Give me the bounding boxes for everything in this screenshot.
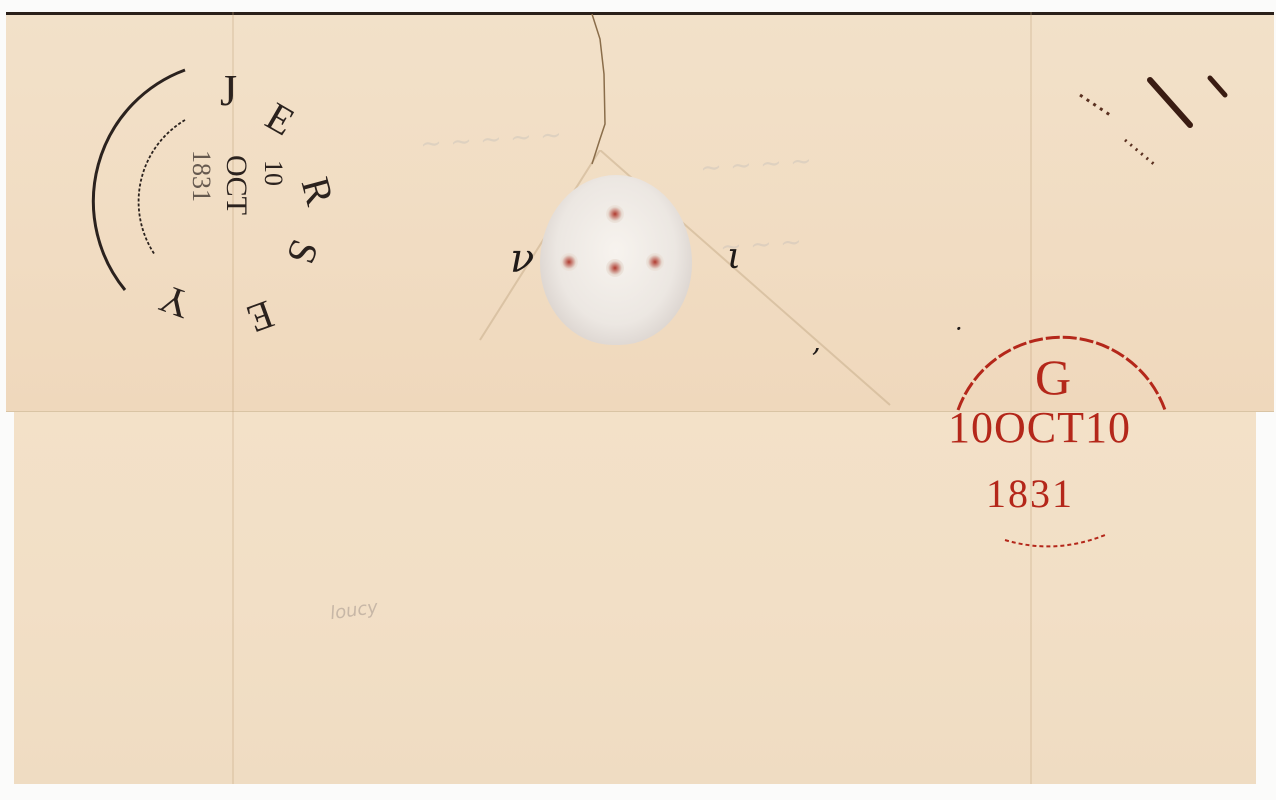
- postmark-letter: G: [1035, 348, 1071, 406]
- postmark-date: 10OCT10: [948, 402, 1131, 453]
- svg-text:E: E: [259, 93, 303, 144]
- svg-text:1831: 1831: [187, 150, 216, 202]
- paper-crack: [590, 14, 620, 184]
- jersey-postmark: J E R S E Y OCT 10 1831: [80, 55, 380, 345]
- svg-text:OCT: OCT: [220, 155, 253, 215]
- ink-dot: ,: [812, 325, 821, 358]
- seal-impression: [606, 259, 624, 277]
- manuscript-mark-left: ν: [510, 236, 534, 282]
- svg-text:S: S: [278, 234, 328, 270]
- svg-text:R: R: [293, 172, 343, 210]
- seal-impression: [646, 253, 664, 271]
- ink-strokes: [1070, 70, 1240, 180]
- postmark-year: 1831: [986, 470, 1074, 517]
- svg-text:E: E: [241, 292, 279, 343]
- postal-cover: ~ ~ ~ ~ ~ ~ ~ ~ ~ ~ ~ ~ J E R S E Y OCT …: [0, 0, 1276, 800]
- manuscript-mark-right: ι: [727, 236, 741, 277]
- svg-text:J: J: [220, 66, 237, 115]
- seal-impression: [560, 253, 578, 271]
- wax-seal: [540, 175, 692, 345]
- svg-text:Y: Y: [153, 276, 196, 328]
- seal-impression: [606, 205, 624, 223]
- london-receiving-postmark: G 10OCT10 1831: [940, 330, 1180, 560]
- svg-text:10: 10: [259, 160, 288, 186]
